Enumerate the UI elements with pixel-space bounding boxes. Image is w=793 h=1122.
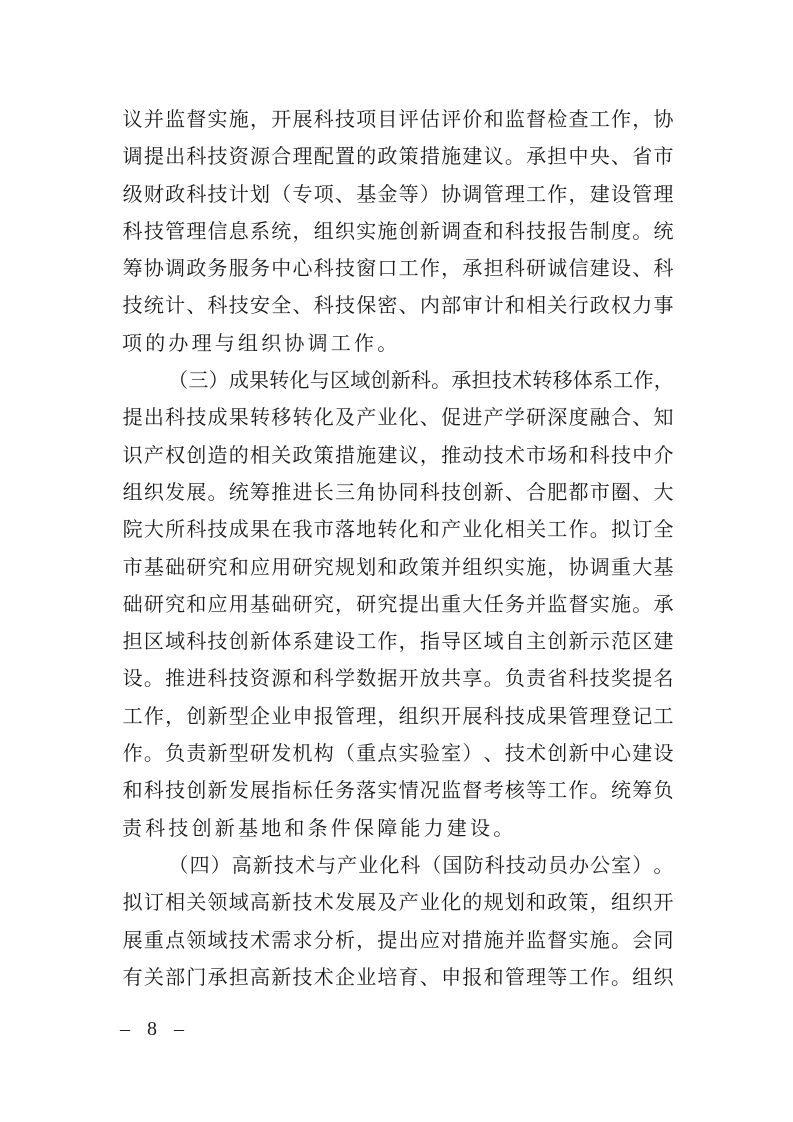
page-number: – 8 – (120, 1018, 190, 1041)
text-line: 识产权创造的相关政策措施建议，推动技术市场和科技中介 (122, 437, 674, 474)
text-line: 技统计、科技安全、科技保密、内部审计和相关行政权力事 (122, 287, 674, 324)
text-line: 筹协调政务服务中心科技窗口工作，承担科研诚信建设、科 (122, 250, 674, 287)
text-line: 科技管理信息系统，组织实施创新调查和科技报告制度。统 (122, 213, 674, 250)
document-page: 议并监督实施，开展科技项目评估评价和监督检查工作，协调提出科技资源合理配置的政策… (0, 0, 793, 1122)
text-line: 设。推进科技资源和科学数据开放共享。负责省科技奖提名 (122, 660, 674, 697)
text-line: 级财政科技计划（专项、基金等）协调管理工作，建设管理 (122, 176, 674, 213)
text-line: （四）高新技术与产业化科（国防科技动员办公室）。 (122, 847, 674, 884)
text-line: 础研究和应用基础研究，研究提出重大任务并监督实施。承 (122, 586, 674, 623)
text-line: 项的办理与组织协调工作。 (122, 325, 674, 362)
text-line: （三）成果转化与区域创新科。承担技术转移体系工作， (122, 362, 674, 399)
text-line: 组织发展。统筹推进长三角协同科技创新、合肥都市圈、大 (122, 474, 674, 511)
text-line: 和科技创新发展指标任务落实情况监督考核等工作。统筹负 (122, 772, 674, 809)
text-line: 有关部门承担高新技术企业培育、申报和管理等工作。组织 (122, 959, 674, 996)
text-line: 提出科技成果转移转化及产业化、促进产学研深度融合、知 (122, 399, 674, 436)
text-line: 市基础研究和应用研究规划和政策并组织实施，协调重大基 (122, 549, 674, 586)
text-line: 作。负责新型研发机构（重点实验室）、技术创新中心建设 (122, 735, 674, 772)
text-line: 议并监督实施，开展科技项目评估评价和监督检查工作，协 (122, 101, 674, 138)
text-line: 责科技创新基地和条件保障能力建设。 (122, 810, 674, 847)
text-line: 拟订相关领域高新技术发展及产业化的规划和政策，组织开 (122, 884, 674, 921)
text-line: 担区域科技创新体系建设工作，指导区域自主创新示范区建 (122, 623, 674, 660)
document-body: 议并监督实施，开展科技项目评估评价和监督检查工作，协调提出科技资源合理配置的政策… (122, 101, 674, 996)
text-line: 院大所科技成果在我市落地转化和产业化相关工作。拟订全 (122, 511, 674, 548)
text-line: 工作，创新型企业申报管理，组织开展科技成果管理登记工 (122, 698, 674, 735)
text-line: 调提出科技资源合理配置的政策措施建议。承担中央、省市 (122, 138, 674, 175)
text-line: 展重点领域技术需求分析，提出应对措施并监督实施。会同 (122, 922, 674, 959)
